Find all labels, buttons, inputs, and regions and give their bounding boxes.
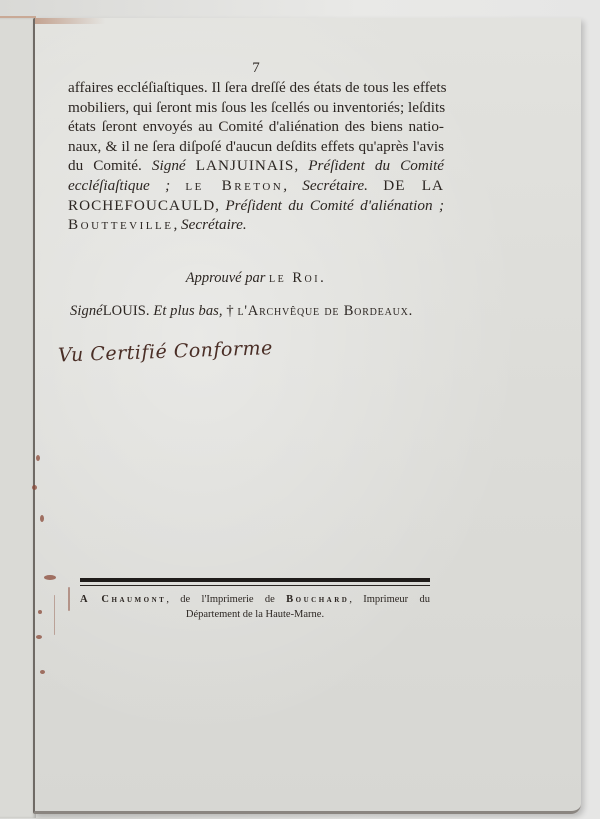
ecclesiastique-text: eccléſiaſtique ; [68, 177, 170, 194]
imprint-chaumont: Chaumont [101, 594, 166, 605]
foxing-stain [35, 18, 105, 24]
de-la-text: DE LA [383, 177, 444, 194]
approuve-text: Approuvé par [186, 270, 266, 286]
imprint-line-2: Département de la Haute-Marne. [186, 609, 324, 620]
underlying-page-edge [0, 16, 36, 818]
page-number: 7 [68, 60, 444, 78]
body-line-1: affaires eccléſiaſtiques. Il ſera dreſſé… [68, 78, 444, 98]
thin-rule-divider [80, 585, 430, 586]
signatory-rochefoucauld: ROCHEFOUCAULD [68, 197, 215, 214]
body-line-3: états ſeront envoyés au Comité d'aliénat… [68, 117, 444, 137]
imprint-a: A [80, 594, 90, 605]
signatory-lanjuinais: LANJUINAIS [196, 157, 295, 174]
thick-rule-divider [80, 578, 430, 582]
printer-imprint: A Chaumont, de l'Imprimerie de Bouchard,… [80, 592, 430, 622]
body-line-6: eccléſiaſtique ; le Breton, Secrétaire. … [68, 176, 444, 196]
signatory-boutteville: Boutteville [68, 216, 173, 233]
signatory-le-breton: le Breton [185, 177, 283, 194]
royal-approval: Approuvé par le Roi. [68, 270, 444, 287]
imprint-de-imprimerie: , de l'Imprimerie de [166, 594, 274, 605]
body-line-4: naux, & il ne ſera diſpoſé d'aucun deſdi… [68, 137, 444, 157]
body-line-8: Boutteville, Secrétaire. [68, 215, 444, 235]
secretaire-title-2: , Secrétaire. [173, 216, 246, 233]
body-line-2: mobiliers, qui ſeront mis ſous les ſcell… [68, 98, 444, 118]
rochefoucauld-title: , Préſident du Comité d'aliénation ; [215, 197, 444, 214]
imprint-bouchard: Bouchard [286, 594, 349, 605]
royal-signature-line: SignéLOUIS. Et plus bas, † l'Archvêque d… [70, 303, 450, 320]
du-comite-text: du Comité. [68, 157, 142, 174]
signe-label-2: Signé [70, 303, 103, 319]
body-line-5: du Comité. Signé LANJUINAIS, Préſident d… [68, 156, 444, 176]
cross-icon: † [226, 303, 233, 319]
body-text: 7 affaires eccléſiaſtiques. Il ſera dreſ… [68, 60, 444, 235]
et-plus-bas-text: Et plus bas, [153, 303, 222, 319]
signatory-louis: LOUIS. [103, 303, 150, 319]
lanjuinais-title: , Préſident du Comité [294, 157, 444, 174]
le-roi-text: le Roi. [269, 270, 326, 286]
signatory-archeveque: l'Archvêque de Bordeaux. [237, 303, 413, 319]
secretaire-title-1: , Secrétaire. [283, 177, 368, 194]
imprint-line-1: A Chaumont, de l'Imprimerie de Bouchard,… [80, 592, 430, 607]
body-line-7: ROCHEFOUCAULD, Préſident du Comité d'ali… [68, 196, 444, 216]
signe-label: Signé [152, 157, 186, 174]
margin-ink-marks [26, 455, 76, 685]
imprint-imprimeur: , Imprimeur du [349, 594, 430, 605]
